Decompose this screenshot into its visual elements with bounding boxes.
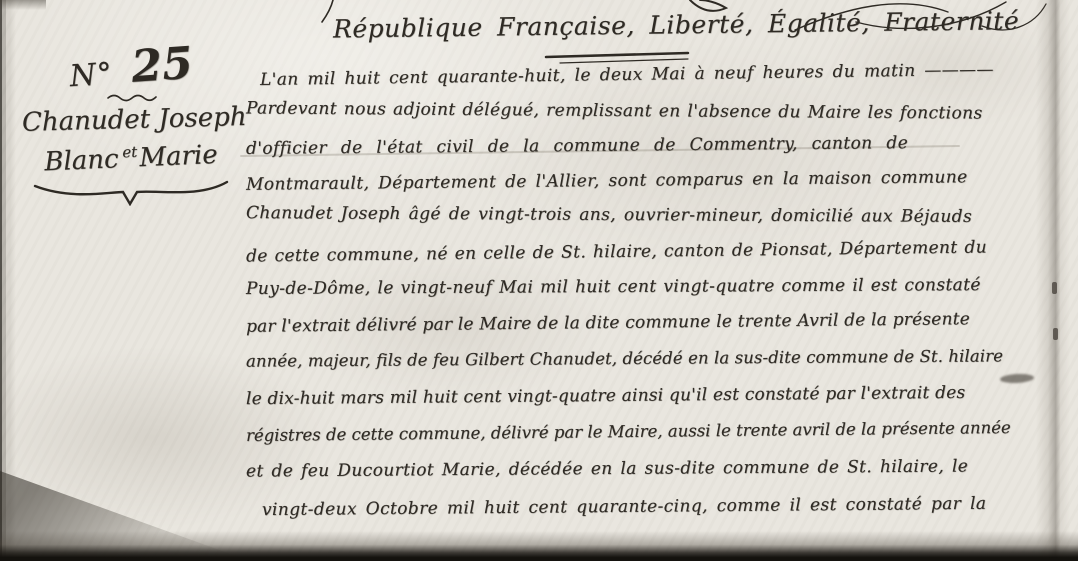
- act-line: vingt-deux Octobre mil huit cent quarant…: [246, 489, 987, 525]
- act-line: Montmarault, Département de l'Allier, so…: [246, 162, 968, 200]
- act-line: L'an mil huit cent quarante-huit, le deu…: [246, 55, 994, 95]
- act-line: d'officier de l'état civil de la commune…: [246, 128, 908, 164]
- act-line: de cette commune, né en celle de St. hil…: [246, 232, 987, 271]
- act-line: Pardevant nous adjoint délégué, rempliss…: [246, 93, 983, 128]
- act-line: par l'extrait délivré par le Maire de la…: [246, 304, 970, 342]
- act-text: L'an mil huit cent quarante-huit, le deu…: [0, 0, 1078, 561]
- act-line: le dix-huit mars mil huit cent vingt-qua…: [246, 378, 966, 414]
- act-line: année, majeur, fils de feu Gilbert Chanu…: [246, 341, 1003, 376]
- scanned-register-page: République Française, Liberté, Égalité, …: [0, 0, 1078, 561]
- top-left-smudge: [0, 0, 46, 10]
- act-line: Puy-de-Dôme, le vingt-neuf Mai mil huit …: [246, 270, 981, 304]
- act-line: régistres de cette commune, délivré par …: [246, 413, 1011, 451]
- act-line: Chanudet Joseph âgé de vingt-trois ans, …: [246, 198, 972, 232]
- fold-mark: [1052, 282, 1057, 294]
- fold-mark: [1053, 328, 1058, 340]
- act-line: et de feu Ducourtiot Marie, décédée en l…: [246, 451, 968, 486]
